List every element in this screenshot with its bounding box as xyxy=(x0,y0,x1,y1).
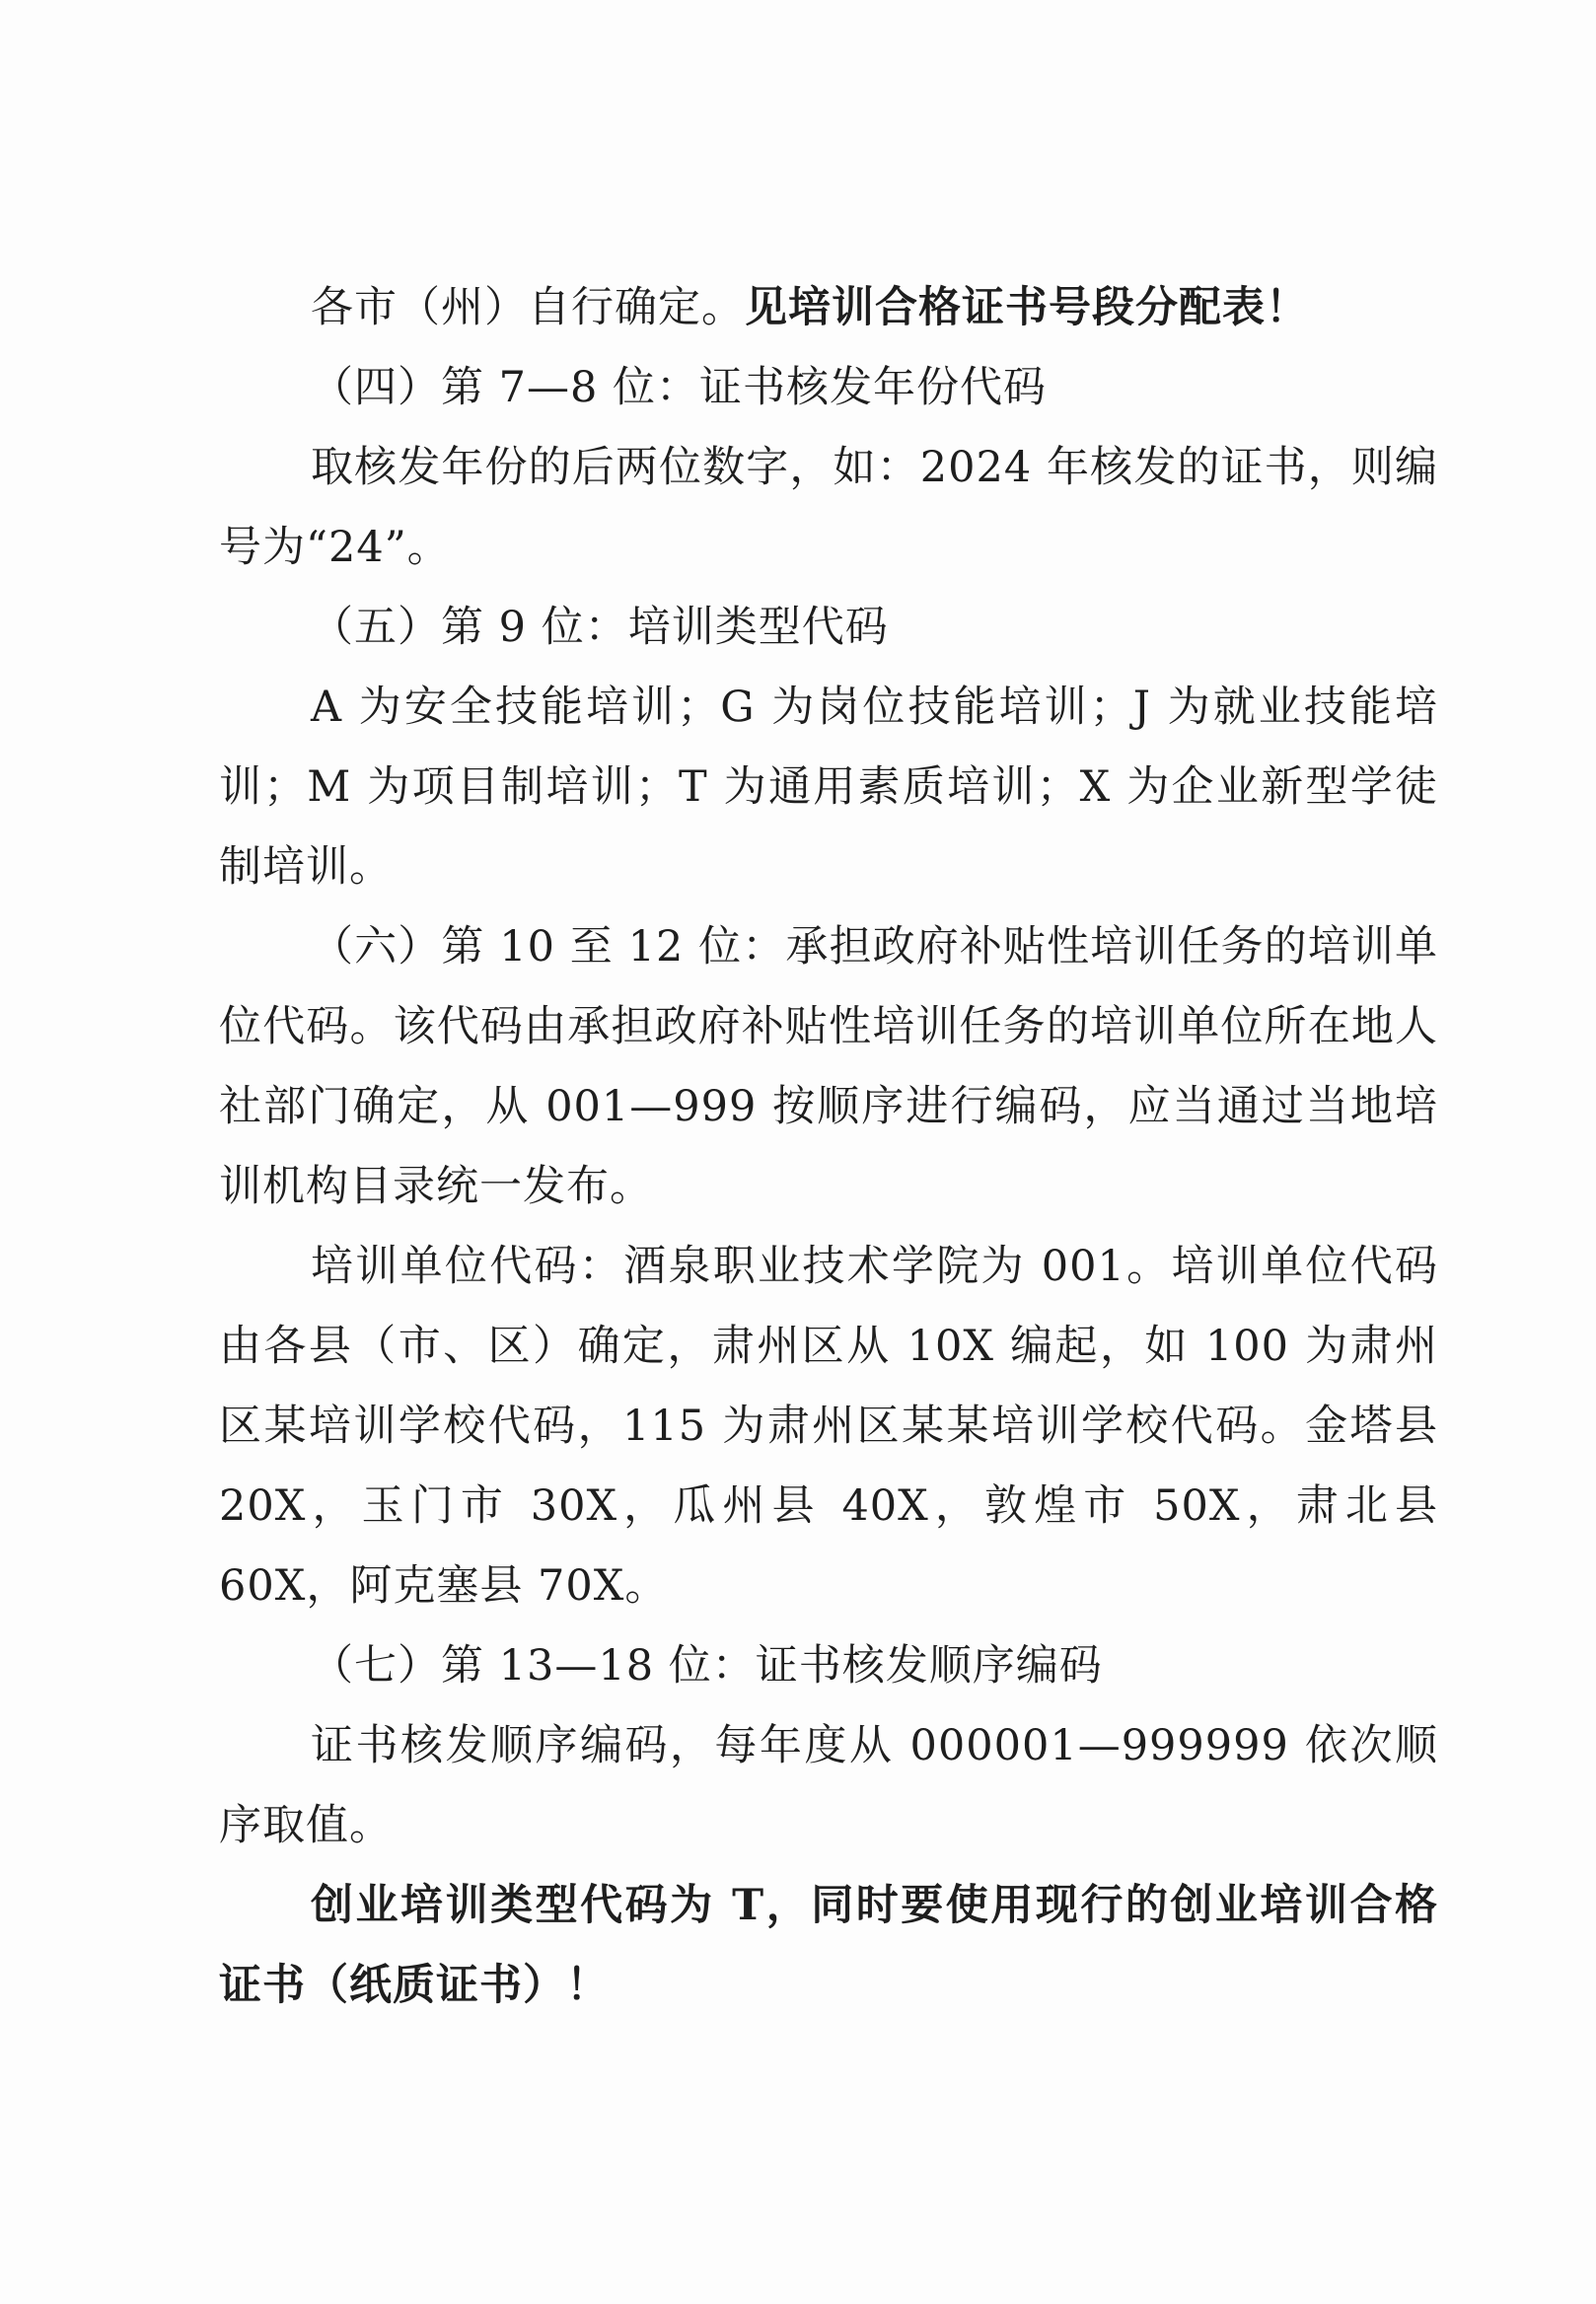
paragraph-entrepreneurship-note: 创业培训类型代码为 T，同时要使用现行的创业培训合格证书（纸质证书）！ xyxy=(219,1866,1438,2026)
paragraph-year-code: 取核发年份的后两位数字，如：2024 年核发的证书，则编号为“24”。 xyxy=(219,428,1438,588)
paragraph-allocation-note: 各市（州）自行确定。见培训合格证书号段分配表！ xyxy=(219,268,1438,348)
section-heading-4: （四）第 7—8 位：证书核发年份代码 xyxy=(219,348,1438,428)
paragraph-unit-codes: 培训单位代码：酒泉职业技术学院为 001。培训单位代码由各县（市、区）确定，肃州… xyxy=(219,1227,1438,1626)
section-heading-6: （六）第 10 至 12 位：承担政府补贴性培训任务的培训单位代码。该代码由承担… xyxy=(219,907,1438,1227)
paragraph-sequence-code: 证书核发顺序编码，每年度从 000001—999999 依次顺序取值。 xyxy=(219,1706,1438,1866)
allocation-table-reference: 见培训合格证书号段分配表！ xyxy=(745,283,1309,332)
document-page: 各市（州）自行确定。见培训合格证书号段分配表！ （四）第 7—8 位：证书核发年… xyxy=(219,268,1438,2026)
paragraph-training-types: A 为安全技能培训；G 为岗位技能培训；J 为就业技能培训；M 为项目制培训；T… xyxy=(219,668,1438,907)
section-heading-5: （五）第 9 位：培训类型代码 xyxy=(219,588,1438,668)
paragraph-text: 各市（州）自行确定。 xyxy=(311,283,745,332)
section-heading-7: （七）第 13—18 位：证书核发顺序编码 xyxy=(219,1626,1438,1706)
